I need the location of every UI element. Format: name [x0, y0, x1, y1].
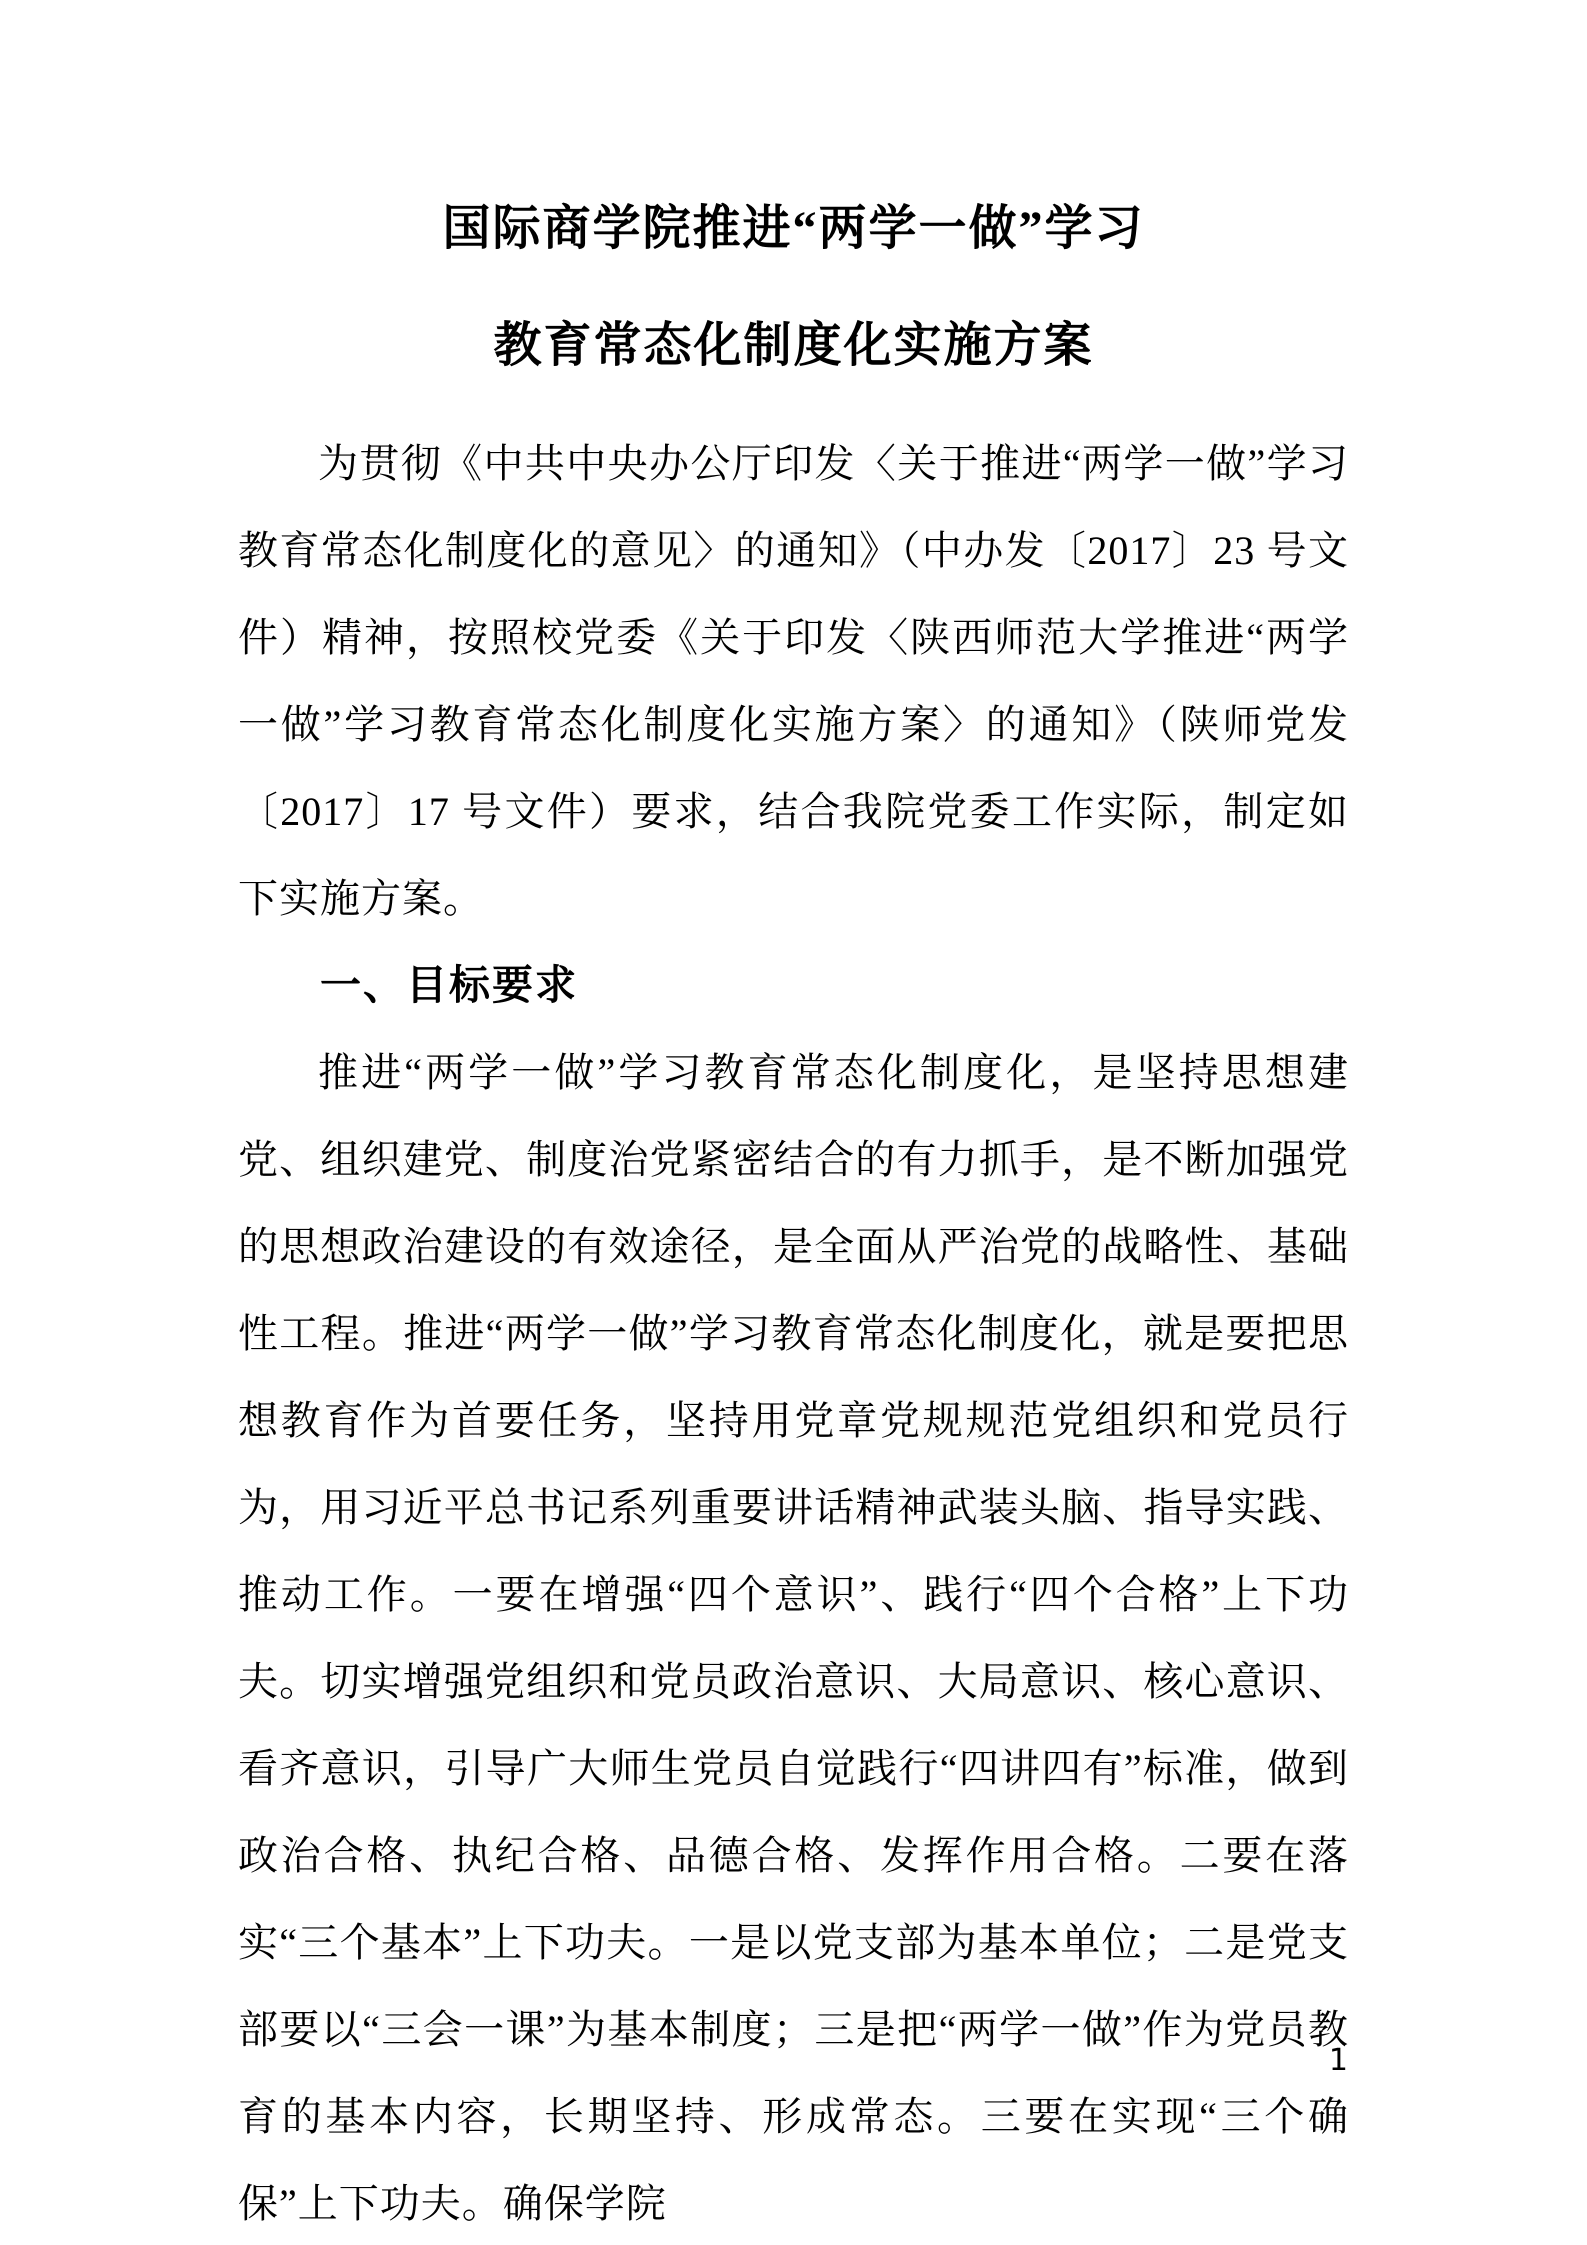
- document-page: 国际商学院推进“两学一做”学习 教育常态化制度化实施方案 为贯彻《中共中央办公厅…: [0, 0, 1587, 2245]
- section-1-body-paragraph: 推进“两学一做”学习教育常态化制度化，是坚持思想建党、组织建党、制度治党紧密结合…: [238, 1029, 1349, 2245]
- document-title: 国际商学院推进“两学一做”学习 教育常态化制度化实施方案: [0, 0, 1587, 404]
- document-body: 为贯彻《中共中央办公厅印发〈关于推进“两学一做”学习教育常态化制度化的意见〉的通…: [238, 420, 1349, 2245]
- document-title-line-2: 教育常态化制度化实施方案: [0, 287, 1587, 404]
- intro-paragraph: 为贯彻《中共中央办公厅印发〈关于推进“两学一做”学习教育常态化制度化的意见〉的通…: [238, 420, 1349, 942]
- document-title-line-1: 国际商学院推进“两学一做”学习: [0, 170, 1587, 287]
- page-number: 1: [1329, 2043, 1348, 2079]
- section-1-heading: 一、目标要求: [238, 942, 1349, 1029]
